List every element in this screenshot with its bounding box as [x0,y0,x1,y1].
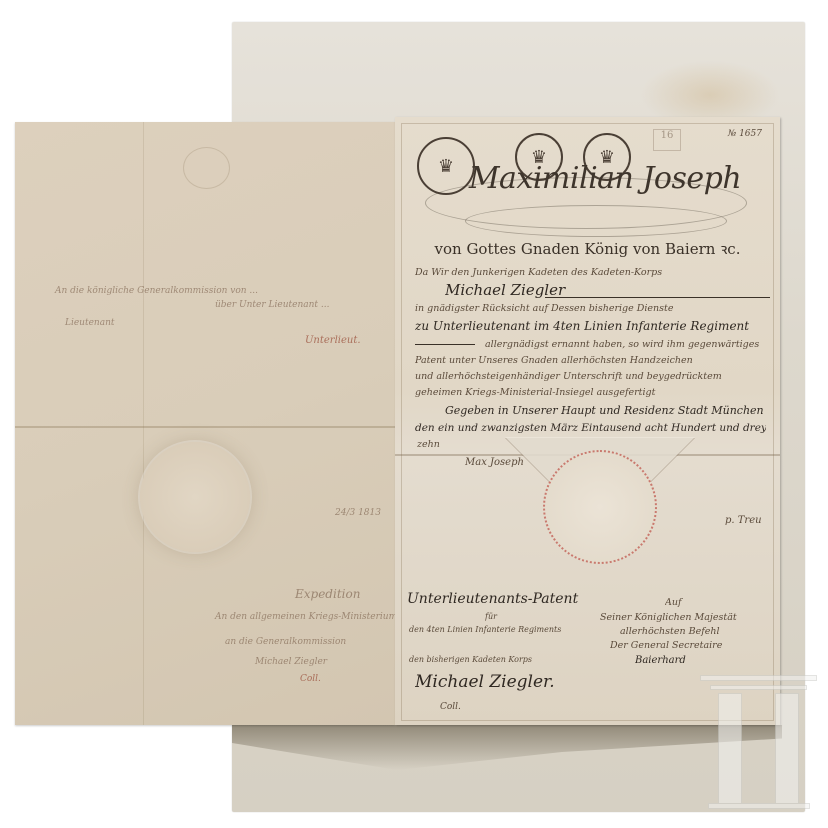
faint-text-line: Lieutenant [65,318,115,328]
date-line: den ein und zwanzigsten März Eintausend … [415,422,766,434]
body-line: in gnädigster Rücksicht auf Dessen bishe… [415,303,766,314]
underline [545,297,770,298]
faint-stamp-icon [183,147,230,189]
fold-line-horizontal [15,426,395,428]
body-line: Da Wir den Junkerigen Kadeten des Kadete… [415,267,766,278]
body-line: den bisherigen Kadeten Korps [409,655,579,664]
left-sheet-reverse: An die königliche Generalkommission von … [15,122,395,725]
faint-text-line: über Unter Lieutenant ... [215,300,329,310]
faint-text-line: an die Generalkommission [225,637,346,647]
regiment-line: den 4ten Linien Infanterie Regiments [409,625,569,634]
faint-text-line: An die königliche Generalkommission von … [55,286,258,296]
patent-title: Unterlieutenants-Patent [407,591,766,607]
countersign-line: Auf [665,597,705,608]
rank-line: zu Unterlieutenant im 4ten Linien Infant… [415,319,766,333]
column-pillar-icon [700,625,815,815]
fold-line-vertical [143,122,144,725]
body-line: geheimen Kriegs-Ministerial-Insiegel aus… [415,387,766,398]
king-signature: Max Joseph [465,457,545,468]
body-line: und allerhöchsteigenhändiger Unterschrif… [415,371,766,382]
faint-text-line: Unterlieut. [305,335,361,346]
faint-text-line: Michael Ziegler [255,657,327,667]
side-note: p. Treu [725,515,775,526]
place-line: Gegeben in Unserer Haupt und Residenz St… [445,404,766,417]
embossed-seal-reverse-icon [140,442,250,552]
recipient-name-large: Michael Ziegler. [415,672,585,692]
document-subtitle: von Gottes Gnaden König von Baiern ꝛc. [395,239,780,259]
margin-number: 16 [653,129,681,151]
body-line: Patent unter Unseres Gnaden allerhöchste… [415,355,766,366]
faint-text-line: Expedition [295,587,360,601]
recipient-note: Coll. [440,702,480,712]
date-note: 24/3 1813 [335,508,381,518]
royal-paper-seal-icon [543,450,657,564]
faint-text-line: An den allgemeinen Kriegs-Ministerium [215,612,397,622]
countersign-line: Seiner Königlichen Majestät [600,612,770,623]
calligraphic-flourish [465,205,727,237]
document-number: № 1657 [728,129,762,139]
faint-text-line: Coll. [300,674,321,684]
body-line: allergnädigst ernannt haben, so wird ihm… [485,339,766,350]
document-title: Maximilian Joseph [455,161,755,196]
underline [415,344,475,345]
